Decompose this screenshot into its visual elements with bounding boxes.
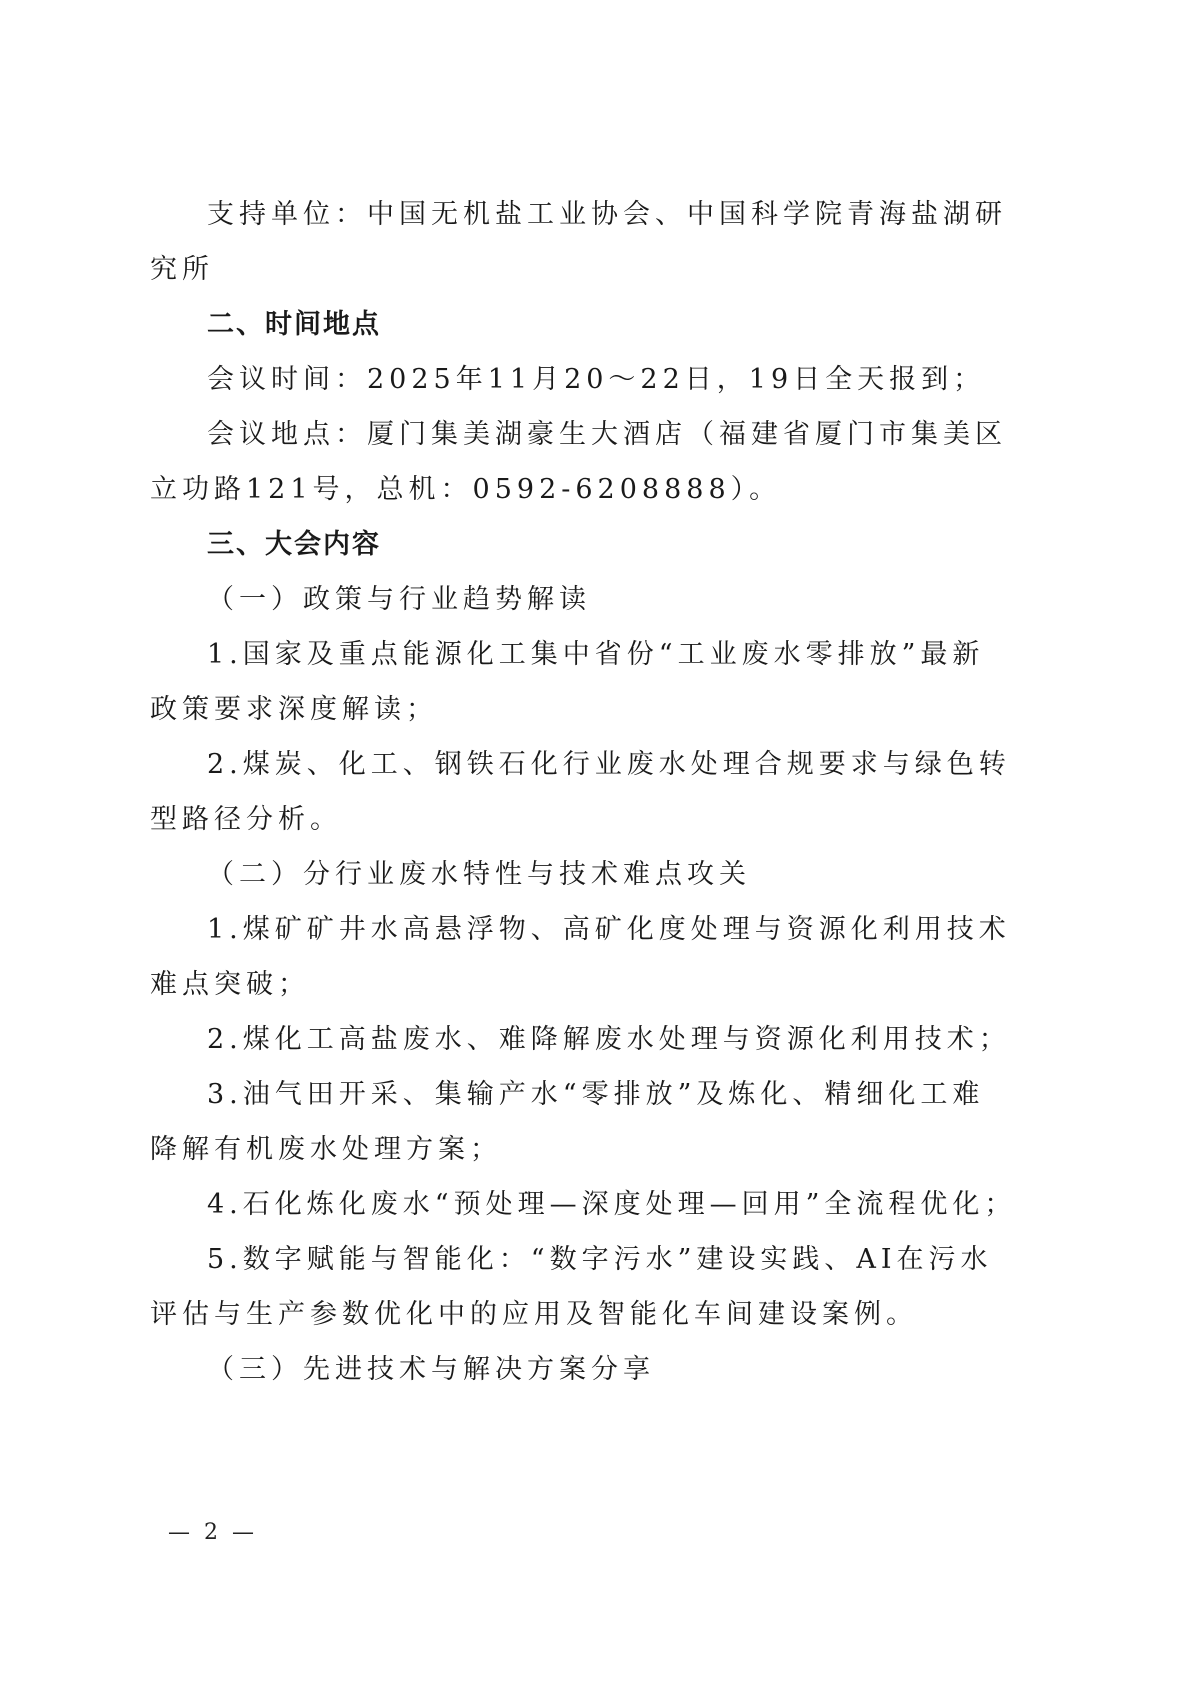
challenge-item-4: 4.石化炼化废水“预处理—深度处理—回用”全流程优化； <box>207 1187 1016 1223</box>
meeting-venue-line-1: 会议地点：厦门集美湖豪生大酒店（福建省厦门市集美区 <box>207 417 1007 453</box>
section-heading-time-place: 二、时间地点 <box>207 307 381 343</box>
challenge-item-3-line-2: 降解有机废水处理方案； <box>150 1132 502 1168</box>
meeting-time: 会议时间：2025年11月20～22日，19日全天报到； <box>207 362 985 398</box>
challenge-item-2: 2.煤化工高盐废水、难降解废水处理与资源化利用技术； <box>207 1022 1011 1058</box>
challenge-item-5-line-2: 评估与生产参数优化中的应用及智能化车间建设案例。 <box>150 1297 918 1333</box>
support-units-line-1: 支持单位：中国无机盐工业协会、中国科学院青海盐湖研 <box>207 197 1007 233</box>
challenge-item-5-line-1: 5.数字赋能与智能化：“数字污水”建设实践、AI在污水 <box>207 1242 993 1278</box>
policy-item-2-line-2: 型路径分析。 <box>150 802 342 838</box>
challenge-item-1-line-1: 1.煤矿矿井水高悬浮物、高矿化度处理与资源化利用技术 <box>207 912 1011 948</box>
subsection-industry-challenges: （二）分行业废水特性与技术难点攻关 <box>207 857 751 893</box>
page-number: — 2 — <box>168 1518 254 1548</box>
document-page: 支持单位：中国无机盐工业协会、中国科学院青海盐湖研 究所 二、时间地点 会议时间… <box>0 0 1190 1682</box>
challenge-item-3-line-1: 3.油气田开采、集输产水“零排放”及炼化、精细化工难 <box>207 1077 984 1113</box>
challenge-item-1-line-2: 难点突破； <box>150 967 310 1003</box>
policy-item-2-line-1: 2.煤炭、化工、钢铁石化行业废水处理合规要求与绿色转 <box>207 747 1011 783</box>
section-heading-content: 三、大会内容 <box>207 527 381 563</box>
policy-item-1-line-1: 1.国家及重点能源化工集中省份“工业废水零排放”最新 <box>207 637 984 673</box>
meeting-venue-line-2: 立功路121号，总机：0592-6208888）。 <box>150 472 781 508</box>
policy-item-1-line-2: 政策要求深度解读； <box>150 692 438 728</box>
subsection-policy-trends: （一）政策与行业趋势解读 <box>207 582 591 618</box>
support-units-line-2: 究所 <box>150 252 214 288</box>
subsection-advanced-tech: （三）先进技术与解决方案分享 <box>207 1352 655 1388</box>
